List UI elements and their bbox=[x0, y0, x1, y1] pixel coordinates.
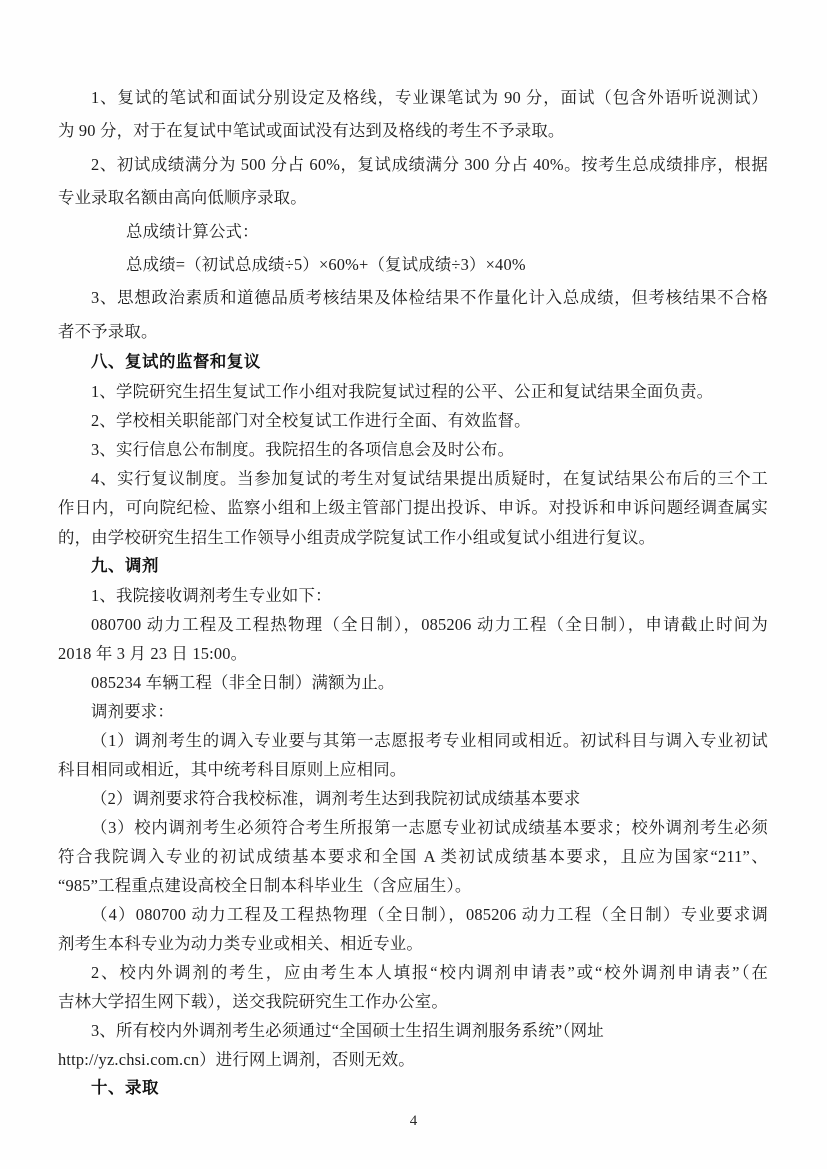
paragraph-line: 符合我院调入专业的初试成绩基本要求和全国 A 类初试成绩基本要求，且应为国家“2… bbox=[58, 842, 768, 871]
paragraph-line: 剂考生本科专业为动力类专业或相关、相近专业。 bbox=[58, 929, 768, 958]
paragraph-line: 2、初试成绩满分为 500 分占 60%，复试成绩满分 300 分占 40%。按… bbox=[58, 148, 768, 181]
paragraph-line: 4、实行复议制度。当参加复试的考生对复试结果提出质疑时，在复试结果公布后的三个工 bbox=[58, 464, 768, 493]
paragraph-line: 专业录取名额由高向低顺序录取。 bbox=[58, 181, 768, 214]
paragraph-line: （3）校内调剂考生必须符合考生所报第一志愿专业初试成绩基本要求；校外调剂考生必须 bbox=[58, 813, 768, 842]
paragraph-line: 调剂要求： bbox=[58, 697, 768, 726]
paragraph-line: （4）080700 动力工程及工程热物理（全日制），085206 动力工程（全日… bbox=[58, 900, 768, 929]
paragraph-line: 3、所有校内外调剂考生必须通过“全国硕士生招生调剂服务系统”（网址 bbox=[58, 1016, 768, 1045]
paragraph-line: “985”工程重点建设高校全日制本科毕业生（含应届生）。 bbox=[58, 871, 768, 900]
section-heading: 八、复试的监督和复议 bbox=[58, 348, 768, 377]
paragraph-line: 的，由学校研究生招生工作领导小组责成学院复试工作小组或复试小组进行复议。 bbox=[58, 523, 768, 552]
paragraph-line: 3、思想政治素质和道德品质考核结果及体检结果不作量化计入总成绩，但考核结果不合格 bbox=[58, 281, 768, 314]
paragraph-line: 作日内，可向院纪检、监察小组和上级主管部门提出投诉、申诉。对投诉和申诉问题经调查… bbox=[58, 493, 768, 522]
paragraph-line: 1、我院接收调剂考生专业如下： bbox=[58, 581, 768, 610]
paragraph-line: 为 90 分，对于在复试中笔试或面试没有达到及格线的考生不予录取。 bbox=[58, 114, 768, 147]
paragraph-line: 者不予录取。 bbox=[58, 315, 768, 348]
paragraph-line: 3、实行信息公布制度。我院招生的各项信息会及时公布。 bbox=[58, 435, 768, 464]
paragraph-line: 2018 年 3 月 23 日 15:00。 bbox=[58, 639, 768, 668]
section-recheck-scoring: 1、复试的笔试和面试分别设定及格线，专业课笔试为 90 分，面试（包含外语听说测… bbox=[58, 81, 768, 348]
page-content: 1、复试的笔试和面试分别设定及格线，专业课笔试为 90 分，面试（包含外语听说测… bbox=[58, 81, 768, 1103]
paragraph-line: （2）调剂要求符合我校标准，调剂考生达到我院初试成绩基本要求 bbox=[58, 784, 768, 813]
section-heading: 十、录取 bbox=[58, 1074, 768, 1103]
formula-caption-line: 总成绩计算公式： bbox=[58, 215, 768, 248]
transfer-url-line: http://yz.chsi.com.cn）进行网上调剂，否则无效。 bbox=[58, 1045, 768, 1074]
paragraph-line: 1、学院研究生招生复试工作小组对我院复试过程的公平、公正和复试结果全面负责。 bbox=[58, 377, 768, 406]
formula-line: 总成绩=（初试总成绩÷5）×60%+（复试成绩÷3）×40% bbox=[58, 248, 768, 281]
paragraph-line: 吉林大学招生网下载），送交我院研究生工作办公室。 bbox=[58, 987, 768, 1016]
paragraph-line: （1）调剂考生的调入专业要与其第一志愿报考专业相同或相近。初试科目与调入专业初试 bbox=[58, 726, 768, 755]
paragraph-line: 080700 动力工程及工程热物理（全日制），085206 动力工程（全日制），… bbox=[58, 610, 768, 639]
paragraph-line: 科目相同或相近，其中统考科目原则上应相同。 bbox=[58, 755, 768, 784]
paragraph-line: 1、复试的笔试和面试分别设定及格线，专业课笔试为 90 分，面试（包含外语听说测… bbox=[58, 81, 768, 114]
paragraph-line: 2、校内外调剂的考生，应由考生本人填报“校内调剂申请表”或“校外调剂申请表”（在 bbox=[58, 958, 768, 987]
section-supervision-and-transfer: 八、复试的监督和复议 1、学院研究生招生复试工作小组对我院复试过程的公平、公正和… bbox=[58, 348, 768, 1103]
paragraph-line: 2、学校相关职能部门对全校复试工作进行全面、有效监督。 bbox=[58, 406, 768, 435]
page-number: 4 bbox=[0, 1111, 827, 1131]
section-heading: 九、调剂 bbox=[58, 552, 768, 581]
paragraph-line: 085234 车辆工程（非全日制）满额为止。 bbox=[58, 668, 768, 697]
document-page: 1、复试的笔试和面试分别设定及格线，专业课笔试为 90 分，面试（包含外语听说测… bbox=[0, 0, 827, 1169]
